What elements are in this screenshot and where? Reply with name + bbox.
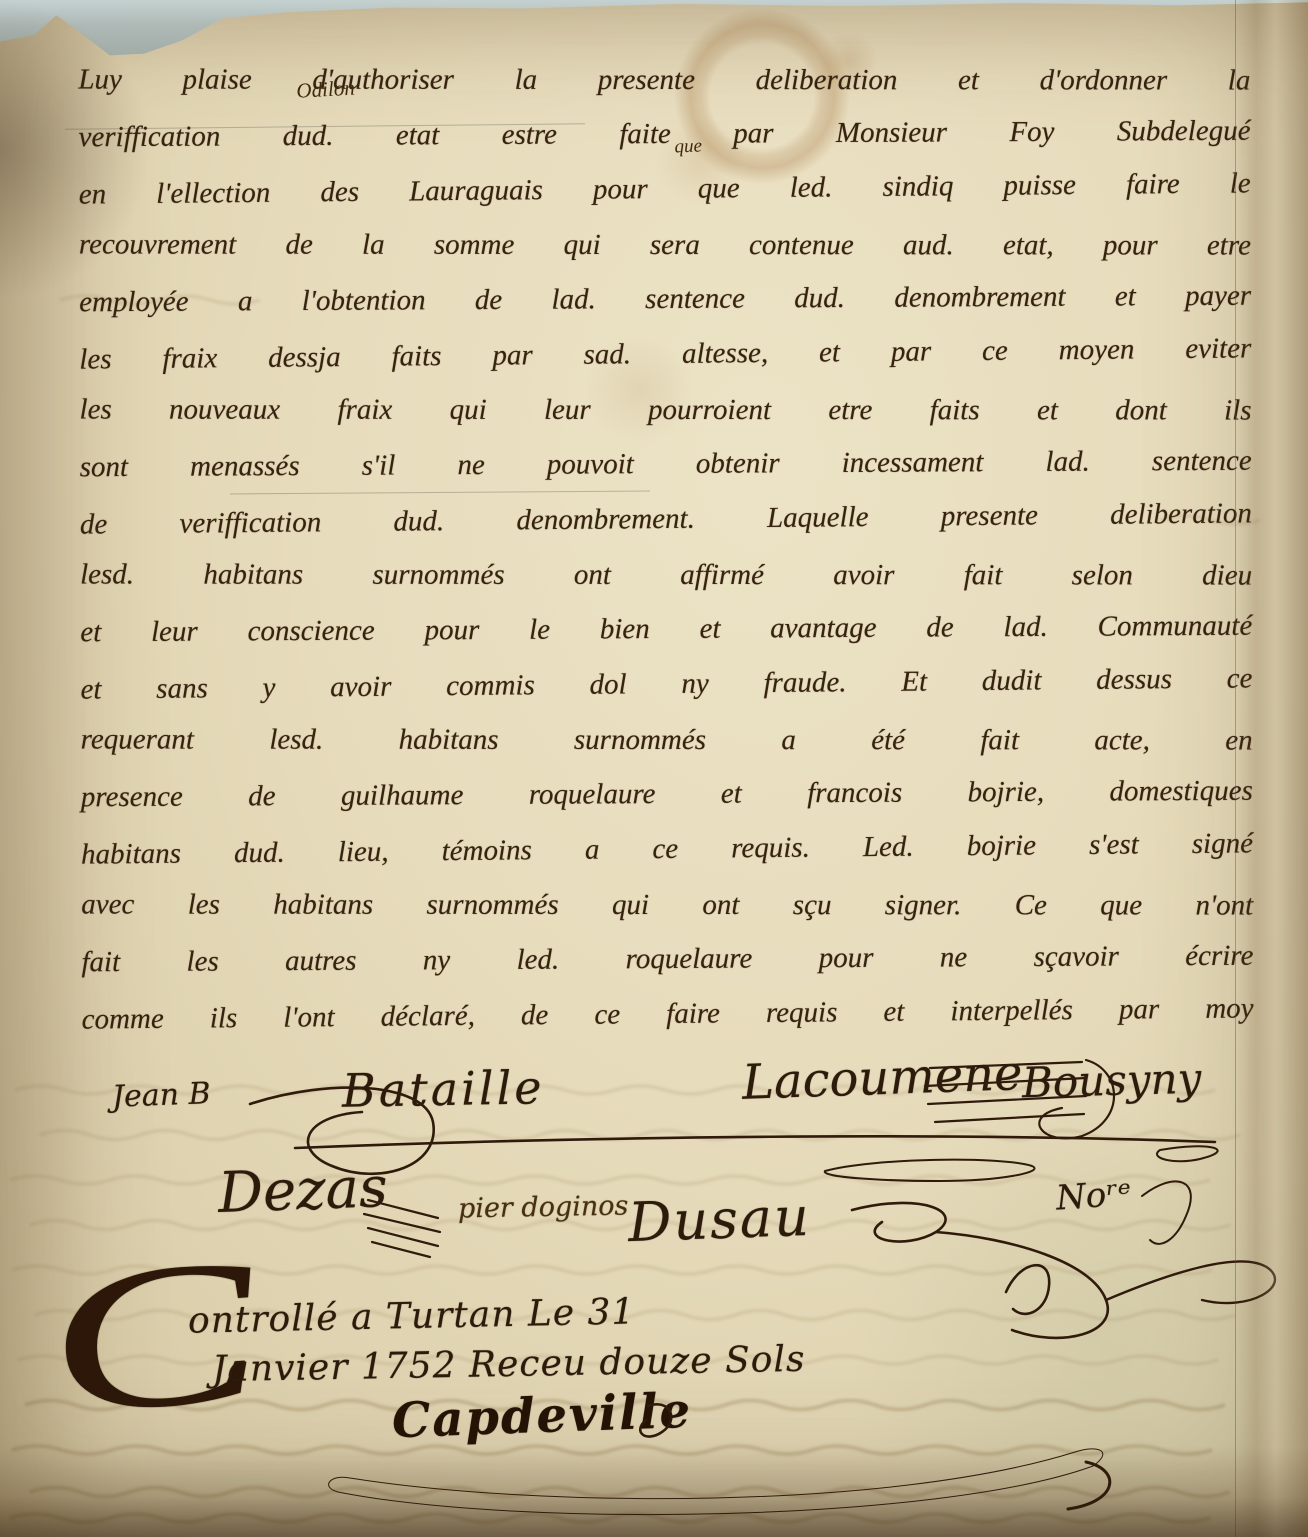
signature-pier-doginos: pier doginos: [458, 1191, 629, 1225]
manuscript-line: Luy plaise d'authoriser la presente deli…: [78, 52, 1250, 108]
manuscript-line: en l'ellection des Lauraguais pour que l…: [79, 156, 1251, 222]
manuscript-line: requerant lesd. habitans surnommés a été…: [81, 712, 1253, 768]
manuscript-line: et sans y avoir commis dol ny fraude. Et…: [80, 651, 1252, 717]
interlinear-insertion: Odilon: [296, 76, 356, 104]
notaire-abbreviation: Noʳᵉ: [1055, 1173, 1133, 1218]
manuscript-body: Luy plaise d'authoriser la presente deli…: [78, 50, 1253, 1044]
interlinear-insertion: que: [674, 135, 702, 158]
signature-jean: Jean B: [111, 1076, 211, 1114]
manuscript-line: employée a l'obtention de lad. sentence …: [79, 269, 1251, 331]
manuscript-line: et leur conscience pour le bien et avant…: [80, 599, 1252, 661]
signature-bousyny: Bousyny: [1021, 1054, 1201, 1108]
manuscript-line: avec les habitans surnommés qui ont sçu …: [81, 877, 1253, 933]
manuscript-line: les fraix dessja faits par sad. altesse,…: [79, 321, 1251, 387]
manuscript-line: veriffication dud. etat estre faite par …: [78, 104, 1250, 166]
manuscript-line: presence de guilhaume roquelaure et fran…: [81, 764, 1253, 826]
manuscript-line: habitans dud. lieu, témoins a ce requis.…: [81, 816, 1253, 882]
manuscript-line: lesd. habitans surnommés ont affirmé avo…: [80, 547, 1252, 603]
signature-lacoumene: Lacoumene: [741, 1045, 1023, 1111]
manuscript-line: sont menassés s'il ne pouvoit obtenir in…: [80, 434, 1252, 496]
signature-dusau-notaire: Dusau: [627, 1185, 812, 1254]
manuscript-line: les nouveaux fraix qui leur pourroient e…: [79, 382, 1251, 438]
manuscript-line: recouvrement de la somme qui sera conten…: [79, 217, 1251, 273]
manuscript-photo: Luy plaise d'authoriser la presente deli…: [0, 0, 1308, 1537]
signature-bataille: Bataille: [342, 1060, 545, 1118]
manuscript-line: comme ils l'ont déclaré, de ce faire req…: [81, 981, 1253, 1047]
manuscript-lines: Luy plaise d'authoriser la presente deli…: [78, 50, 1253, 1044]
manuscript-line: fait les autres ny led. roquelaure pour …: [81, 929, 1253, 991]
signature-capdeville: Capdeville: [391, 1383, 693, 1449]
manuscript-line: de veriffication dud. denombrement. Laqu…: [80, 486, 1252, 552]
signature-dezas: Dezas: [217, 1155, 389, 1226]
